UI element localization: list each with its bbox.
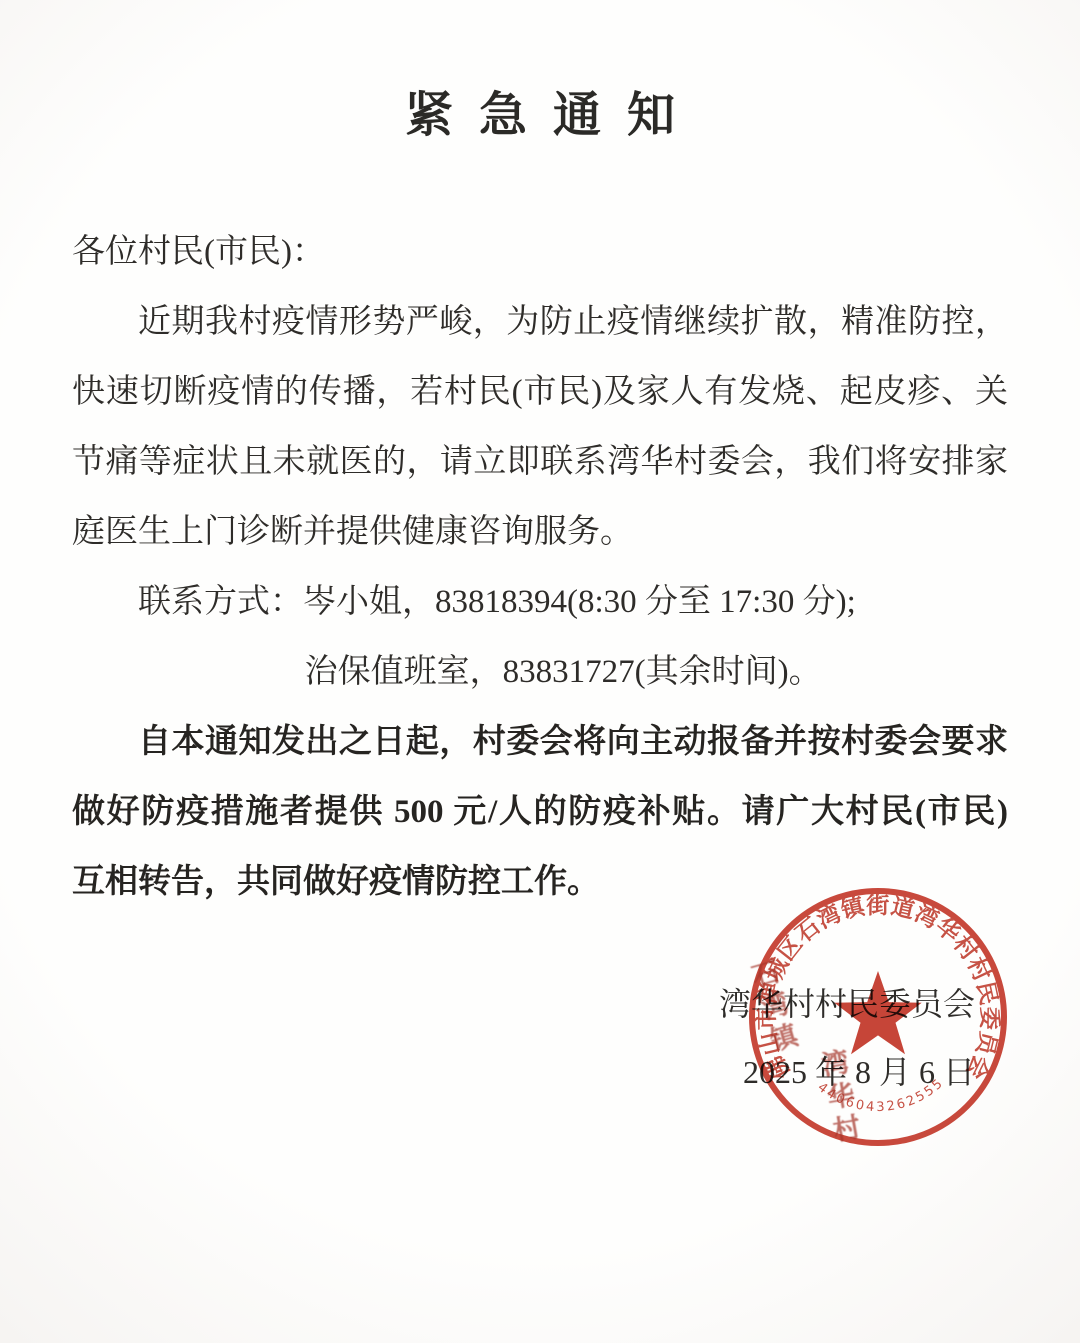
notice-body: 各位村民(市民)： 近期我村疫情形势严峻，为防止疫情继续扩散，精准防控， 快速切… [72, 217, 1008, 917]
paragraph1-line2: 快速切断疫情的传播，若村民(市民)及家人有发烧、起皮疹、关 [72, 357, 1008, 427]
paragraph1-line1: 近期我村疫情形势严峻，为防止疫情继续扩散，精准防控， [72, 287, 1008, 357]
paragraph2-line2: 做好防疫措施者提供 500 元/人的防疫补贴。请广大村民(市民) [72, 777, 1008, 847]
notice-document: 紧急通知 各位村民(市民)： 近期我村疫情形势严峻，为防止疫情继续扩散，精准防控… [0, 0, 1080, 1343]
contact-line-1: 联系方式：岑小姐，83818394(8:30 分至 17:30 分); [72, 567, 1008, 637]
paragraph1-line4: 庭医生上门诊断并提供健康咨询服务。 [72, 497, 1008, 567]
paragraph1-line3: 节痛等症状且未就医的，请立即联系湾华村委会，我们将安排家 [72, 427, 1008, 497]
signature: 湾华村村民委员会 [719, 985, 975, 1023]
paragraph2-line3: 互相转告，共同做好疫情防控工作。 [72, 847, 1008, 917]
notice-title: 紧急通知 [0, 0, 1080, 146]
contact-line-2: 治保值班室，83831727(其余时间)。 [72, 637, 1008, 707]
date: 2025 年 8 月 6 日 [743, 1053, 975, 1091]
paragraph2-line1: 自本通知发出之日起，村委会将向主动报备并按村委会要求 [72, 707, 1008, 777]
salutation: 各位村民(市民)： [72, 217, 1008, 287]
